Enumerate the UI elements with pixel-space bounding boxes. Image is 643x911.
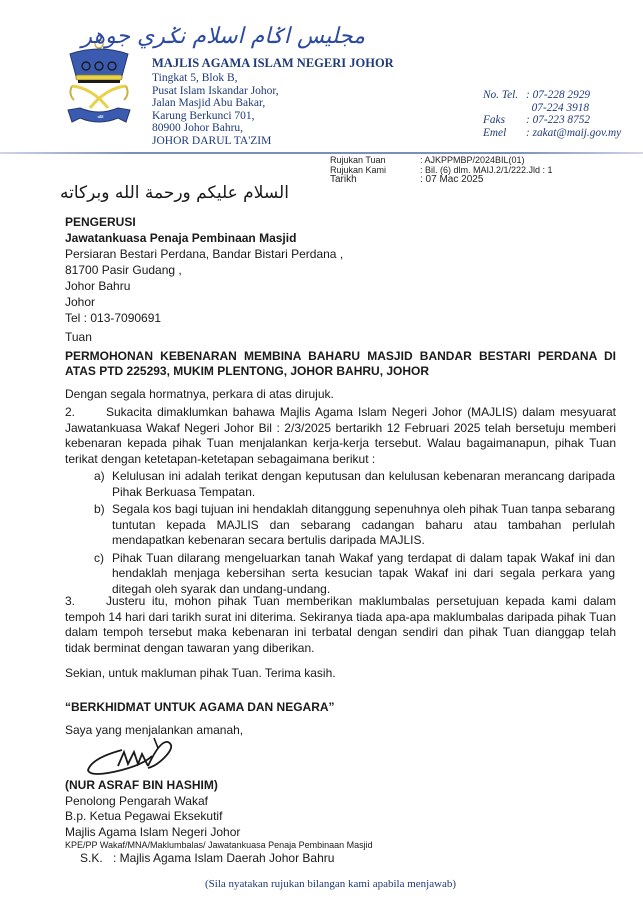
reference-value: : AJKPPMBP/2024BIL(01): [420, 155, 525, 165]
motto: “BERKHIDMAT UNTUK AGAMA DAN NEGARA”: [65, 700, 616, 716]
cc-value: : Majlis Agama Islam Daerah Johor Bahru: [113, 851, 334, 865]
recipient-address: PENGERUSI Jawatankuasa Penaja Pembinaan …: [65, 214, 343, 326]
condition-text: Kelulusan ini adalah terikat dengan kepu…: [112, 469, 615, 500]
reference-value: : 07 Mac 2025: [420, 175, 483, 185]
contact-label: Faks: [483, 114, 526, 127]
file-reference: KPE/PP Wakaf/MNA/Maklumbalas/ Jawatankua…: [65, 840, 373, 850]
contact-value: : zakat@maij.gov.my: [526, 127, 621, 140]
org-address-line: Karung Berkunci 701,: [152, 110, 279, 123]
paragraph-text: Sukacita dimaklumkan bahawa Majlis Agama…: [65, 405, 616, 466]
reference-block: Rujukan Tuan : AJKPPMBP/2024BIL(01) Ruju…: [330, 155, 553, 185]
arabic-salutation: السلام عليكم ورحمة الله وبركاته: [60, 183, 289, 203]
org-address-line: Pusat Islam Iskandar Johor,: [152, 85, 279, 98]
org-name-jawi: مجليس اݢام اسلام نݢري جوهر: [150, 24, 365, 49]
recipient-line: 81700 Pasir Gudang ,: [65, 262, 343, 278]
recipient-line: Persiaran Bestari Perdana, Bandar Bistar…: [65, 246, 343, 262]
signer-organization: Majlis Agama Islam Negeri Johor: [65, 825, 240, 841]
recipient-line: Johor Bahru: [65, 278, 343, 294]
paragraph-2: 2.Sukacita dimaklumkan bahawa Majlis Aga…: [65, 405, 616, 467]
condition-marker: a): [94, 469, 112, 500]
org-address-line: JOHOR DARUL TA'ZIM: [152, 135, 279, 148]
footer-note: (Sila nyatakan rujukan bilangan kami apa…: [205, 878, 456, 890]
org-name: MAJLIS AGAMA ISLAM NEGERI JOHOR: [152, 56, 394, 71]
condition-item: c) Pihak Tuan dilarang mengeluarkan tana…: [94, 551, 615, 598]
conditions-list: a) Kelulusan ini adalah terikat dengan k…: [94, 469, 615, 599]
signer-block: (NUR ASRAF BIN HASHIM) Penolong Pengarah…: [65, 778, 240, 840]
reference-label: Rujukan Tuan: [330, 155, 420, 165]
handwritten-signature-icon: [82, 736, 192, 778]
org-address-line: Jalan Masjid Abu Bakar,: [152, 97, 279, 110]
recipient-title: PENGERUSI: [65, 214, 343, 230]
contact-label: Emel: [483, 127, 526, 140]
recipient-line: Johor: [65, 294, 343, 310]
paragraph-3: 3.Justeru itu, mohon pihak Tuan memberik…: [65, 594, 616, 656]
contact-value: : 07-228 2929: [526, 89, 590, 102]
addressee: Tuan: [65, 330, 616, 346]
contact-value: : 07-223 8752: [526, 114, 590, 127]
contact-label: No. Tel.: [483, 89, 526, 102]
contact-fax: Faks : 07-223 8752: [483, 114, 621, 127]
signer-name: (NUR ASRAF BIN HASHIM): [65, 778, 240, 794]
greeting: Dengan segala hormatnya, perkara di atas…: [65, 387, 616, 403]
contact-phone: No. Tel. : 07-228 2929: [483, 89, 621, 102]
letter-subject: PERMOHONAN KEBENARAN MEMBINA BAHARU MASJ…: [65, 349, 616, 379]
reference-row-yours: Rujukan Tuan : AJKPPMBP/2024BIL(01): [330, 155, 553, 165]
condition-marker: b): [94, 502, 112, 549]
org-address-line: 80900 Johor Bahru,: [152, 122, 279, 135]
recipient-organization: Jawatankuasa Penaja Pembinaan Masjid: [65, 230, 343, 246]
paragraph-number: 2.: [65, 405, 106, 421]
condition-text: Pihak Tuan dilarang mengeluarkan tanah W…: [112, 551, 615, 598]
reference-row-date: Tarikh : 07 Mac 2025: [330, 175, 553, 185]
cc-label: S.K.: [80, 851, 113, 865]
condition-marker: c): [94, 551, 112, 598]
org-address-line: Tingkat 5, Blok B,: [152, 72, 279, 85]
johor-crest-icon: ﷲ: [62, 38, 136, 126]
contact-label: [483, 102, 526, 115]
org-address: Tingkat 5, Blok B, Pusat Islam Iskandar …: [152, 72, 279, 148]
contact-phone-2: 07-224 3918: [483, 102, 621, 115]
signer-on-behalf: B.p. Ketua Pegawai Eksekutif: [65, 809, 240, 825]
contact-email: Emel : zakat@maij.gov.my: [483, 127, 621, 140]
signer-position: Penolong Pengarah Wakaf: [65, 794, 240, 810]
paragraph-text: Justeru itu, mohon pihak Tuan memberikan…: [65, 594, 616, 655]
recipient-phone: Tel : 013-7090691: [65, 310, 343, 326]
contact-block: No. Tel. : 07-228 2929 07-224 3918 Faks …: [483, 89, 621, 139]
condition-item: a) Kelulusan ini adalah terikat dengan k…: [94, 469, 615, 500]
reference-label: Tarikh: [330, 175, 420, 185]
closing-line: Sekian, untuk makluman pihak Tuan. Terim…: [65, 666, 616, 682]
condition-text: Segala kos bagi tujuan ini hendaklah dit…: [112, 502, 615, 549]
letterhead-divider: [0, 152, 643, 154]
condition-item: b) Segala kos bagi tujuan ini hendaklah …: [94, 502, 615, 549]
paragraph-number: 3.: [65, 594, 106, 610]
contact-value: 07-224 3918: [526, 102, 589, 115]
carbon-copy: S.K.: Majlis Agama Islam Daerah Johor Ba…: [80, 851, 334, 865]
